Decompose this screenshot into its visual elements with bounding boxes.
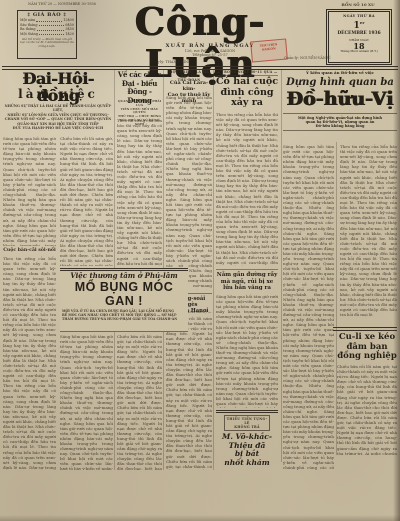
story4-body: Theo tin riêng của bổn báo thì việc nầy … [216, 112, 278, 266]
date-day: 1er [329, 18, 389, 31]
story3-body: Sáng hôm qua hồi tám giờ rưỡi các quan h… [166, 95, 212, 290]
lunar-detail: Tháng Mười Annam (B.T.) [329, 50, 389, 53]
newspaper-page: NĂM THỨ 20 — NOVEMBRE 30-1936 BỔN SỐ 10 … [0, 0, 400, 521]
story6-kicker: Việc thương tâm ở Phú-lâm [62, 272, 186, 280]
story5-headline-top: Dựng hình quan ba [283, 77, 397, 88]
column-rule [213, 70, 214, 470]
section-divider [333, 327, 397, 331]
date-box: NGÀY THỨ BA 1er DÉCEMBRE 1936 NHẰM NGÀY … [328, 11, 390, 63]
story1-body-col1b: Theo tin riêng của bổn báo thì việc nầy … [3, 256, 56, 470]
director-line: Tổng-lý: THANH-ĐÌNH [150, 60, 230, 64]
story1-body-col2: Chiều bữa rồi lối năm giờ, tại châu-thàn… [60, 136, 113, 266]
story6-headline: MỔ BỤNG MÓC GAN ! [62, 280, 186, 308]
story10-headline: Nằm gần đường rầy mà ngủ, rủi bị xe lửa … [216, 269, 278, 292]
story9-headline: Cu-li xe kéo đâm bạn đồng nghiệp [337, 333, 397, 362]
story1-crosshead: Cuộc bàn-cãi sôi-nổi [3, 248, 56, 253]
price-row: Một tháng 1$20 [20, 32, 74, 37]
story5-headline-main: Đồ-hữu-Vị [283, 89, 397, 110]
scan-edge-shadow-bottom [0, 515, 400, 521]
story8-headline: M. Võ-khắc- Thiệu đã bị bắt nhốt khám [216, 433, 278, 467]
date-month-year: DÉCEMBRE 1936 [329, 31, 389, 37]
story5-kicker: Ý kiến quan án Đồ-hữu về việc [283, 70, 397, 75]
story1-deck: NHỮNG SỰ THẬT LÀ HAI CÁI ĐỀ TRANH-LUẬN Q… [3, 104, 113, 130]
story7-body: Chiều bữa rồi lối năm giờ, tại châu-thàn… [166, 316, 212, 470]
dotted-leader [36, 18, 62, 22]
story2-body-cont: Chiều bữa rồi lối năm giờ, tại châu-thàn… [117, 334, 162, 470]
dotted-leader [39, 32, 64, 36]
price-value: 1$20 [65, 32, 74, 37]
story9-body: Chiều bữa rồi lối năm giờ, tại châu-thàn… [337, 364, 397, 455]
story5-body-col2: Theo tin riêng của bổn báo thì việc nầy … [340, 144, 397, 324]
story6-box: Việc thương tâm ở Phú-lâm MỔ BỤNG MÓC GA… [60, 268, 188, 332]
price-box: ‡ GIÁ BÁO ‡ Một năm 12$00 Sáu tháng 6$50… [17, 10, 77, 59]
copy-price: BỔN SỐ 10 XU [322, 3, 394, 7]
story1-body-col2b: Sáng hôm qua hồi tám giờ rưỡi các quan h… [60, 334, 113, 470]
story5-body-col1: Sáng hôm qua hồi tám giờ rưỡi các quan h… [283, 144, 334, 470]
column-rule [281, 70, 282, 462]
story8-box: THIẾU TIỀN TỤNG-LỆ KHÔNG TRẢ M. Võ-khắc-… [216, 410, 278, 467]
story10-body: Sáng hôm qua hồi tám giờ rưỡi các quan h… [216, 294, 278, 408]
price-label: Một tháng [20, 32, 38, 37]
story1-subheadline: làm việc [2, 88, 114, 101]
price-note: Giá trả trước — Muốn mua xin gởi bạc và … [20, 38, 74, 49]
story2-body: Theo tin riêng của bổn báo thì việc nầy … [117, 118, 162, 266]
story6-deck: MỚI VỪA Ở TÙ RA CHƯA ĐƯỢC BAO LÂU, LẠI C… [62, 309, 186, 321]
date-day-suffix: er [360, 20, 365, 25]
story4-headline: Có hai cuộc đình công xảy ra [216, 77, 278, 109]
story5-deck: Một ông Nghị-viên quản-hạt xin dựng hình… [283, 113, 397, 131]
dotted-leader [37, 27, 65, 31]
dotted-leader [39, 23, 65, 27]
scan-edge-shadow [393, 0, 400, 521]
story8-kicker: THIẾU TIỀN TỤNG-LỆ KHÔNG TRẢ [224, 415, 270, 431]
library-stamp: THƯ-VIỆN SAIGON [250, 38, 288, 62]
story1-body-col1: Sáng hôm qua hồi tám giờ rưỡi các quan h… [3, 136, 56, 246]
